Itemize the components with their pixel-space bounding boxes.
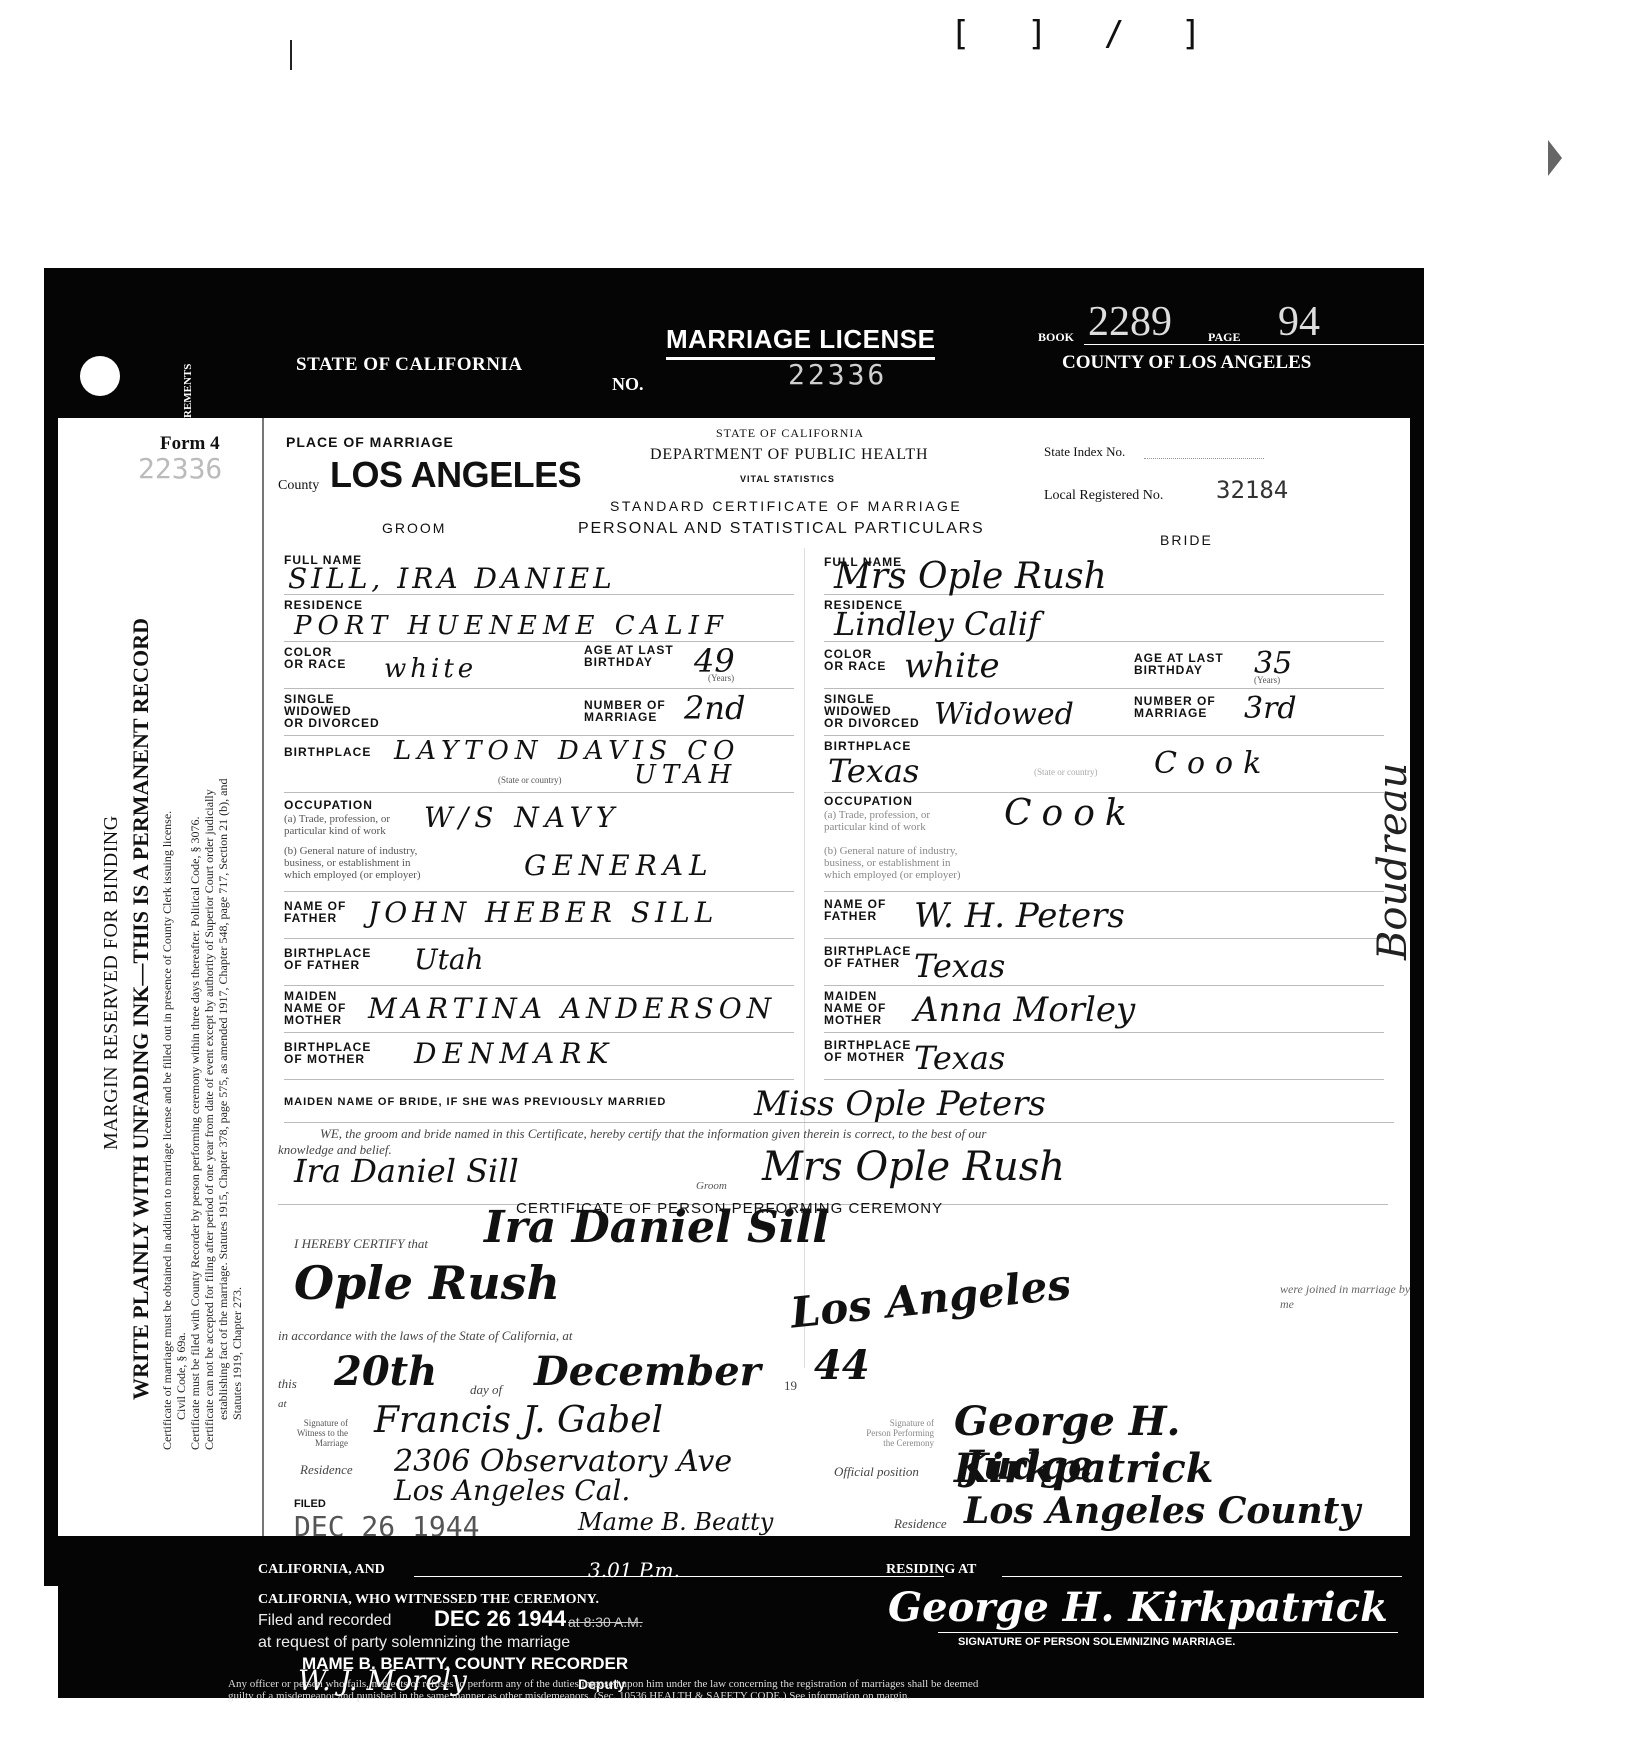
margin-note: establishing fact of the marriage. Statu… [216, 778, 230, 1450]
field-label: MOTHER [284, 1013, 342, 1027]
bride-maiden-row: MAIDEN NAME OF BRIDE, IF SHE WAS PREVIOU… [284, 1082, 1394, 1123]
bride-father-birthplace-row: BIRTHPLACEOF FATHER Texas [824, 939, 1384, 986]
license-no-label: NO. [612, 374, 644, 395]
field-hint: (b) General nature of industry, [284, 845, 417, 857]
groom-birthplace-state: UTAH [634, 760, 737, 790]
field-hint: business, or establishment in [284, 857, 411, 869]
groom-industry-row: (b) General nature of industry,business,… [284, 845, 794, 892]
page-label: PAGE [1208, 330, 1240, 345]
field-hint: which employed (or employer) [824, 869, 961, 881]
vertical-signature: Boudreau [1370, 763, 1416, 960]
ceremony-bride-name: Ople Rush [294, 1256, 560, 1310]
ceremony-day: 20th [334, 1348, 437, 1395]
legal-line-1: Any officer or person who fails, neglect… [228, 1678, 978, 1690]
scan-mark [290, 40, 292, 70]
county-value: LOS ANGELES [330, 454, 581, 496]
groom-father-birthplace-row: BIRTHPLACEOF FATHER Utah [284, 939, 794, 986]
groom-mother-birthplace: DENMARK [414, 1037, 614, 1070]
groom-mother-birthplace-row: BIRTHPLACEOF MOTHER DENMARK [284, 1033, 794, 1080]
year-prefix: 19 [784, 1378, 797, 1394]
bride-father-birthplace: Texas [914, 947, 1005, 985]
field-label: MARRIAGE [584, 710, 657, 724]
groom-color-age-row: COLOROR RACE white AGE AT LASTBIRTHDAY 4… [284, 642, 794, 689]
witness-signature: Francis J. Gabel [374, 1400, 663, 1441]
groom-father-name: JOHN HEBER SILL [368, 896, 718, 929]
side-text-line: REMENTS [182, 364, 194, 418]
vital-statistics: VITAL STATISTICS [740, 474, 835, 484]
footer-sig-caption: SIGNATURE OF PERSON SOLEMNIZING MARRIAGE… [958, 1636, 1235, 1648]
field-label: BIRTHDAY [584, 655, 653, 669]
field-label: MARRIAGE [1134, 706, 1207, 720]
filed-recorded-label: Filed and recorded [258, 1612, 391, 1630]
field-label: MAIDEN NAME OF BRIDE, IF SHE WAS PREVIOU… [284, 1096, 666, 1108]
license-title: MARRIAGE LICENSE [666, 324, 935, 360]
field-label: BIRTHDAY [1134, 663, 1203, 677]
registrar-signature: Mame B. Beatty [578, 1508, 773, 1536]
certify-label: I HEREBY CERTIFY that [294, 1236, 428, 1252]
years-hint: (Years) [708, 672, 734, 684]
field-label: RESIDENCE [284, 599, 363, 611]
field-hint: particular kind of work [824, 821, 926, 833]
field-label: MOTHER [824, 1013, 882, 1027]
bride-birthplace-extra: Cook [1154, 746, 1271, 781]
groom-section: FULL NAME SILL, IRA DANIEL RESIDENCE POR… [284, 546, 794, 1080]
groom-mother-row: MAIDENNAME OFMOTHER MARTINA ANDERSON [284, 986, 794, 1033]
field-label: FATHER [824, 909, 877, 923]
margin-note: Statutes 1919, Chapter 273. [230, 778, 244, 1450]
margin-note: Certificate can not be accepted for fili… [202, 778, 216, 1450]
footer-officiant-signature: George H. Kirkpatrick [888, 1584, 1388, 1631]
local-registered-label: Local Registered No. [1044, 488, 1163, 504]
dept-state: STATE OF CALIFORNIA [716, 426, 864, 441]
residing-at-label: RESIDING AT [886, 1562, 976, 1578]
county-prefix: County [278, 478, 319, 494]
recorded-time: at 8:30 A.M. [568, 1614, 643, 1630]
field-label: OR DIVORCED [284, 716, 380, 730]
officiant-residence-label: Residence [894, 1516, 947, 1532]
footer-sig-rule [938, 1632, 1398, 1633]
particulars-heading: PERSONAL AND STATISTICAL PARTICULARS [578, 520, 985, 538]
field-label: OCCUPATION [824, 795, 913, 807]
ceremony-groom-name: Ira Daniel Sill [484, 1202, 829, 1253]
witness-residence-2: Los Angeles Cal. [394, 1474, 630, 1507]
groom-occupation-row: OCCUPATION (a) Trade, profession, orpart… [284, 793, 794, 845]
groom-signature: Ira Daniel Sill [294, 1152, 519, 1190]
page-number: 94 [1278, 298, 1320, 346]
attestation-statement: WE, the groom and bride named in this Ce… [320, 1126, 986, 1142]
bride-mother-row: MAIDENNAME OFMOTHER Anna Morley [824, 986, 1384, 1033]
field-label: OR RACE [284, 657, 346, 671]
years-hint: (Years) [1254, 674, 1280, 686]
at-label: at [278, 1398, 287, 1410]
index-marks: [ ] / ] [950, 14, 1219, 54]
official-position-label: Official position [834, 1464, 919, 1480]
bride-marital-row: SINGLEWIDOWEDOR DIVORCED Widowed NUMBER … [824, 689, 1384, 736]
groom-father-birthplace: Utah [414, 943, 484, 976]
state-index-field [1144, 458, 1264, 459]
groom-marital-row: SINGLEWIDOWEDOR DIVORCED NUMBER OFMARRIA… [284, 689, 794, 736]
binding-note: MARGIN RESERVED FOR BINDING [100, 390, 123, 1150]
bride-full-name-row: FULL NAME Mrs Ople Rush [824, 546, 1384, 595]
bride-birthplace: Texas [828, 752, 919, 790]
bride-marital-status: Widowed [934, 697, 1074, 732]
groom-industry: GENERAL [524, 849, 714, 882]
bride-father-row: NAME OFFATHER W. H. Peters [824, 892, 1384, 939]
bride-mother-birthplace-row: BIRTHPLACEOF MOTHER Texas [824, 1033, 1384, 1080]
field-hint: business, or establishment in [824, 857, 951, 869]
groom-number-of-marriage: 2nd [684, 689, 745, 727]
page-tab-mark [1548, 140, 1562, 176]
footer-line1: CALIFORNIA, AND [258, 1562, 385, 1578]
residing-at-rule [1002, 1576, 1402, 1577]
place-of-marriage-label: PLACE OF MARRIAGE [286, 436, 454, 448]
field-hint: (a) Trade, profession, or [824, 809, 930, 821]
bride-occupation: Cook [1004, 793, 1137, 834]
joined-label: were joined in marriage by me [1280, 1282, 1412, 1312]
field-label: OF MOTHER [824, 1050, 905, 1064]
groom-residence: PORT HUENEME CALIF [294, 611, 729, 641]
this-label: this [278, 1376, 297, 1392]
ceremony-place: Los Angeles [788, 1259, 1073, 1337]
header-band: REMENTS STATE OF CALIFORNIA MARRIAGE LIC… [44, 268, 1424, 418]
margin-note: Certificate of marriage must be obtained… [160, 778, 174, 1450]
state-index-label: State Index No. [1044, 444, 1125, 460]
bride-residence: Lindley Calif [834, 605, 1040, 643]
bride-industry-row: (b) General nature of industry,business,… [824, 845, 1384, 892]
margin-note: Certificate must be filed with County Re… [188, 778, 202, 1450]
groom-sig-label: Groom [696, 1180, 727, 1192]
margin-note: Civil Code, § 69a. [174, 778, 188, 1450]
groom-color: white [384, 654, 477, 684]
bride-mother-maiden: Anna Morley [914, 990, 1135, 1030]
recorded-date: DEC 26 1944 [434, 1606, 566, 1632]
bride-maiden-name: Miss Ople Peters [754, 1084, 1046, 1124]
bride-signature: Mrs Ople Rush [762, 1144, 1065, 1190]
right-margin-signature: Boudreau [1370, 960, 1567, 1006]
field-label: OF MOTHER [284, 1052, 365, 1066]
bride-birthplace-row: BIRTHPLACE Texas (State or country) Cook [824, 736, 1384, 793]
license-number: 22336 [788, 358, 887, 391]
bride-occupation-row: OCCUPATION (a) Trade, profession, orpart… [824, 793, 1384, 845]
field-hint: particular kind of work [284, 825, 386, 837]
groom-residence-row: RESIDENCE PORT HUENEME CALIF [284, 595, 794, 642]
officiant-residence: Los Angeles County [964, 1490, 1360, 1532]
field-label: OR RACE [824, 659, 886, 673]
footer-time-handwritten: 3.01 P.m. [588, 1558, 680, 1582]
bride-father-name: W. H. Peters [914, 896, 1125, 936]
county-label: COUNTY OF LOS ANGELES [1062, 352, 1311, 374]
book-page-rule [1084, 344, 1424, 345]
groom-full-name: SILL, IRA DANIEL [288, 562, 616, 595]
standard-certificate: STANDARD CERTIFICATE OF MARRIAGE [610, 498, 962, 514]
witness-residence-label: Residence [300, 1462, 353, 1478]
groom-father-row: NAME OFFATHER JOHN HEBER SILL [284, 892, 794, 939]
legal-line-2: guilty of a misdemeanor and punished in … [228, 1690, 910, 1702]
groom-heading: GROOM [382, 520, 446, 536]
field-label: BIRTHPLACE [284, 746, 371, 758]
bride-full-name: Mrs Ople Rush [834, 556, 1107, 597]
state-country-hint: (State or country) [498, 774, 561, 786]
book-number: 2289 [1088, 298, 1172, 346]
request-label: at request of party solemnizing the marr… [258, 1634, 570, 1652]
field-hint: which employed (or employer) [284, 869, 421, 881]
footer-band: CALIFORNIA, AND RESIDING AT 3.01 P.m. CA… [58, 1536, 1424, 1698]
state-label: STATE OF CALIFORNIA [296, 354, 523, 376]
bride-number-of-marriage: 3rd [1244, 691, 1297, 726]
groom-occupation: W/S NAVY [424, 801, 620, 834]
frame-left [44, 418, 58, 1586]
permanent-record-note: WRITE PLAINLY WITH UNFADING INK—THIS IS … [128, 618, 154, 1400]
field-label: BIRTHPLACE [824, 740, 911, 752]
state-country-hint: (State or country) [1034, 766, 1097, 778]
field-hint: (b) General nature of industry, [824, 845, 957, 857]
day-of-label: day of [470, 1382, 502, 1398]
officiant-label: Signature ofPerson Performingthe Ceremon… [824, 1418, 934, 1448]
witness-label: Signature ofWitness to theMarriage [278, 1418, 348, 1448]
groom-birthplace-row: BIRTHPLACE LAYTON DAVIS CO (State or cou… [284, 736, 794, 793]
field-label: OR DIVORCED [824, 716, 920, 730]
bride-color-age-row: COLOROR RACE white AGE AT LASTBIRTHDAY 3… [824, 642, 1384, 689]
dept-name: DEPARTMENT OF PUBLIC HEALTH [650, 446, 928, 464]
certificate-body: PLACE OF MARRIAGE County LOS ANGELES STA… [262, 418, 1412, 1536]
margin-stamp-number: 22336 [138, 452, 222, 485]
book-label: BOOK [1038, 330, 1074, 345]
field-label: FATHER [284, 911, 337, 925]
filed-label: FILED [294, 1498, 326, 1510]
bride-residence-row: RESIDENCE Lindley Calif [824, 595, 1384, 642]
groom-mother-maiden: MARTINA ANDERSON [368, 992, 776, 1025]
bride-section: FULL NAME Mrs Ople Rush RESIDENCE Lindle… [824, 546, 1384, 1080]
field-label: OF FATHER [824, 956, 900, 970]
ceremony-month: December [534, 1348, 761, 1395]
groom-full-name-row: FULL NAME SILL, IRA DANIEL [284, 546, 794, 595]
field-label: OF FATHER [284, 958, 360, 972]
accordance-label: in accordance with the laws of the State… [278, 1328, 573, 1344]
official-position: Judge [964, 1442, 1093, 1489]
bride-color: white [904, 646, 1000, 686]
field-hint: (a) Trade, profession, or [284, 813, 390, 825]
field-label: OCCUPATION [284, 799, 373, 811]
ceremony-year: 44 [814, 1342, 870, 1389]
bride-mother-birthplace: Texas [914, 1039, 1005, 1077]
local-registered-number: 32184 [1216, 476, 1288, 504]
